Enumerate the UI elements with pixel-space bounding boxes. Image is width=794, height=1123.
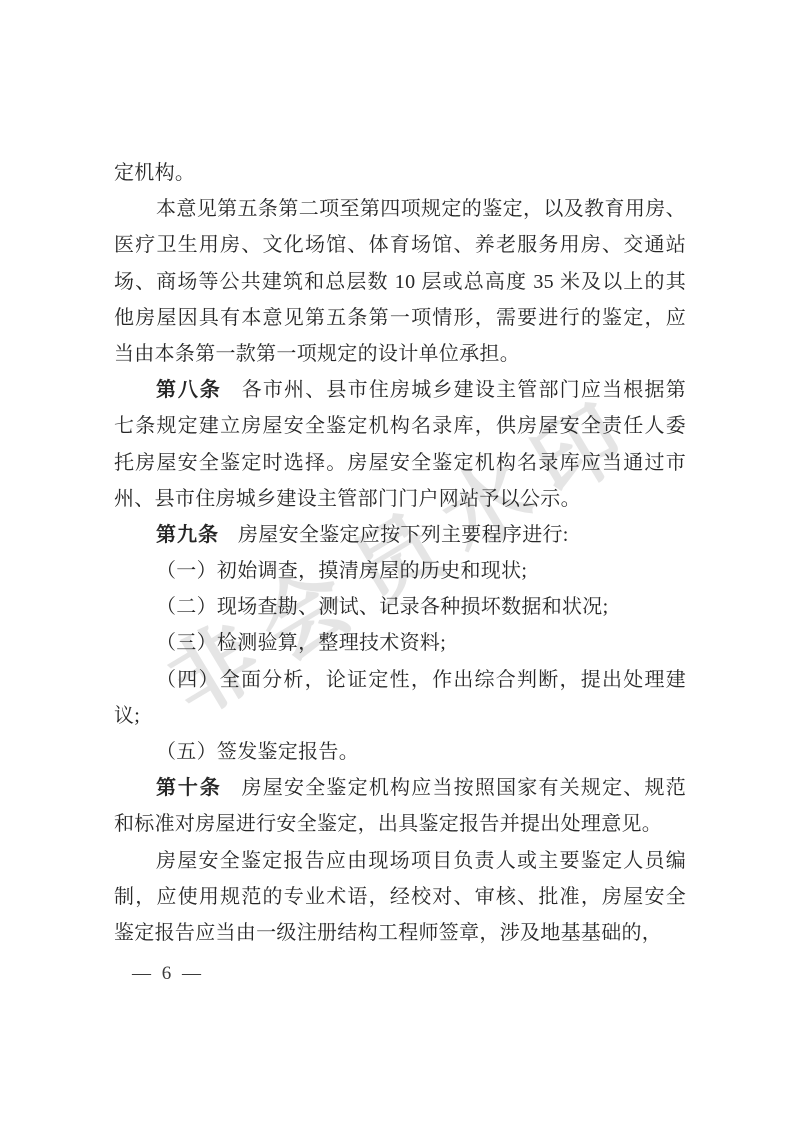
line-text: （一）初始调查，摸清房屋的历史和现状; xyxy=(156,560,527,582)
document-page: 非会员水印 定机构。本意见第五条第二项至第四项规定的鉴定，以及教育用房、医疗卫生… xyxy=(0,0,794,1123)
document-line: 当由本条第一款第一项规定的设计单位承担。 xyxy=(114,336,686,372)
document-line: 鉴定报告应当由一级注册结构工程师签章，涉及地基基础的， xyxy=(114,915,686,951)
document-line: 第十条房屋安全鉴定机构应当按照国家有关规定、规范 xyxy=(114,770,686,806)
document-line: 他房屋因具有本意见第五条第一项情形，需要进行的鉴定，应 xyxy=(114,300,686,336)
line-text: 州、县市住房城乡建设主管部门门户网站予以公示。 xyxy=(114,488,581,510)
line-text: （二）现场查勘、测试、记录各种损坏数据和状况; xyxy=(156,596,608,618)
article-heading: 第八条 xyxy=(156,379,222,401)
document-line: 和标准对房屋进行安全鉴定，出具鉴定报告并提出处理意见。 xyxy=(114,806,686,842)
document-line: 医疗卫生用房、文化场馆、体育场馆、养老服务用房、交通站 xyxy=(114,227,686,263)
document-line: （五）签发鉴定报告。 xyxy=(114,734,686,770)
document-line: （四）全面分析，论证定性，作出综合判断，提出处理建 xyxy=(114,662,686,698)
document-line: 制，应使用规范的专业术语，经校对、审核、批准，房屋安全 xyxy=(114,879,686,915)
line-text: 和标准对房屋进行安全鉴定，出具鉴定报告并提出处理意见。 xyxy=(114,813,662,835)
document-line: 议; xyxy=(114,698,686,734)
document-line: 七条规定建立房屋安全鉴定机构名录库，供房屋安全责任人委 xyxy=(114,408,686,444)
line-text: （四）全面分析，论证定性，作出综合判断，提出处理建 xyxy=(156,669,686,691)
document-line: （三）检测验算，整理技术资料; xyxy=(114,625,686,661)
line-text: 本意见第五条第二项至第四项规定的鉴定，以及教育用房、 xyxy=(156,198,686,220)
line-text: 房屋安全鉴定报告应由现场项目负责人或主要鉴定人员编 xyxy=(156,850,686,872)
line-text: 定机构。 xyxy=(114,162,195,184)
line-text: 场、商场等公共建筑和总层数 10 层或总高度 35 米及以上的其 xyxy=(114,271,686,293)
document-line: 州、县市住房城乡建设主管部门门户网站予以公示。 xyxy=(114,481,686,517)
line-text: 七条规定建立房屋安全鉴定机构名录库，供房屋安全责任人委 xyxy=(114,415,686,437)
document-line: 托房屋安全鉴定时选择。房屋安全鉴定机构名录库应当通过市 xyxy=(114,445,686,481)
document-line: 场、商场等公共建筑和总层数 10 层或总高度 35 米及以上的其 xyxy=(114,264,686,300)
document-line: （二）现场查勘、测试、记录各种损坏数据和状况; xyxy=(114,589,686,625)
line-text: 当由本条第一款第一项规定的设计单位承担。 xyxy=(114,343,520,365)
line-text: （五）签发鉴定报告。 xyxy=(156,741,359,763)
document-line: 房屋安全鉴定报告应由现场项目负责人或主要鉴定人员编 xyxy=(114,843,686,879)
line-text: 房屋安全鉴定机构应当按照国家有关规定、规范 xyxy=(241,777,686,799)
line-text: （三）检测验算，整理技术资料; xyxy=(156,632,446,654)
article-heading: 第十条 xyxy=(156,777,222,799)
document-line: 本意见第五条第二项至第四项规定的鉴定，以及教育用房、 xyxy=(114,191,686,227)
document-line: （一）初始调查，摸清房屋的历史和现状; xyxy=(114,553,686,589)
document-line: 第八条各市州、县市住房城乡建设主管部门应当根据第 xyxy=(114,372,686,408)
footer-page-number: — 6 — xyxy=(132,963,204,985)
line-text: 医疗卫生用房、文化场馆、体育场馆、养老服务用房、交通站 xyxy=(114,234,686,256)
line-text: 各市州、县市住房城乡建设主管部门应当根据第 xyxy=(241,379,686,401)
line-text: 鉴定报告应当由一级注册结构工程师签章，涉及地基基础的， xyxy=(114,922,662,944)
document-line: 定机构。 xyxy=(114,155,686,191)
line-text: 托房屋安全鉴定时选择。房屋安全鉴定机构名录库应当通过市 xyxy=(114,452,686,474)
line-text: 他房屋因具有本意见第五条第一项情形，需要进行的鉴定，应 xyxy=(114,307,686,329)
document-line: 第九条房屋安全鉴定应按下列主要程序进行: xyxy=(114,517,686,553)
article-heading: 第九条 xyxy=(156,524,219,546)
line-text: 制，应使用规范的专业术语，经校对、审核、批准，房屋安全 xyxy=(114,886,686,908)
document-lines: 定机构。本意见第五条第二项至第四项规定的鉴定，以及教育用房、医疗卫生用房、文化场… xyxy=(114,155,686,951)
line-text: 房屋安全鉴定应按下列主要程序进行: xyxy=(238,524,569,546)
line-text: 议; xyxy=(114,705,140,727)
